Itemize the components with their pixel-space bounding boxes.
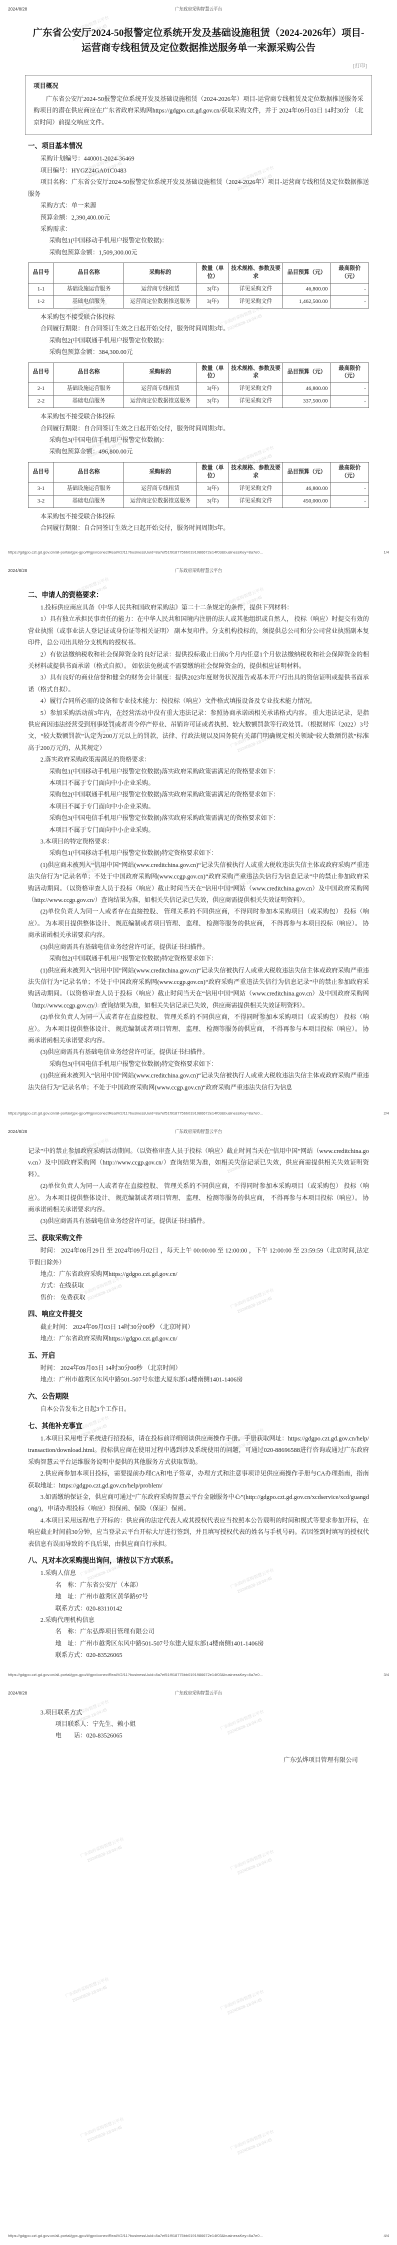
table-cell: - [331,495,369,507]
table-cell: 基础设施运营服务 [54,383,124,395]
table-cell: 详见采购文件 [229,296,283,308]
table-header-cell: 品目号 [28,263,53,283]
section-heading: 四、响应文件提交 [28,1308,369,1320]
paragraph: 项目编号：HYGZ24GA01C0483 [28,165,369,177]
print-date: 2024/8/28 [8,568,78,573]
paragraph: (3)供应商需具有基础电信业务经营许可证，提供证书扫描件。 [28,1047,369,1059]
table-cell: 3(年) [197,296,229,308]
paragraph: 采购包2(中国联通手机用户报警定位数据)特定资格要求如下： [28,953,369,965]
page-footer: https://gdgpo.czt.gd.gov.cn/all-portal/g… [8,1672,389,1677]
paragraph: 4.本项目采用远程电子开标的：供应商的法定代表人或其授权代表应当按照本公告载明的… [28,1515,369,1550]
qualification-section: 二、申请人的资格要求：1.投标供应商应具备《中华人民共和国政府采购法》第二十二条… [28,589,369,1094]
paragraph: 地点：广州市越秀区东风中路501-507号东建大厦东部14楼南侧1401-140… [28,1374,369,1386]
paragraph: 3）具有良好的商业信誉和健全的财务会计制度：提供2023年度财务状况报告或基本开… [28,672,369,695]
page-number: 2/4 [384,1111,389,1116]
table-row: 3-2基础电信服务运营商定位数据推送服务3(年)详见采购文件450,000.00… [28,495,369,507]
table-cell: 基础电信服务 [54,296,124,308]
table-header-cell: 最高限价（元） [331,263,369,283]
table-row: 品目号品目名称采购标的数量（单位）技术规格、参数及要求品目预算（元）最高限价（元… [28,263,369,283]
paragraph: 采购包1(中国移动手机用户报警定位数据)特定资格要求如下： [28,848,369,860]
page-header: 2024/8/28 广东政府采购智慧云平台 [8,6,389,12]
page-header: 2024/8/28 广东政府采购智慧云平台 [8,567,389,573]
page-content: 二、申请人的资格要求：1.投标供应商应具备《中华人民共和国政府采购法》第二十二条… [0,561,397,1093]
table-header-cell: 采购标的 [124,363,197,383]
overview-title: 项目概况 [34,81,364,93]
paragraph: 3.如需缴纳保证金，供应商可通过“广东政府采购智慧云平台金融服务中心”(http… [28,1491,369,1514]
table-header-cell: 品目名称 [54,263,124,283]
platform-name: 广东政府采购智慧云平台 [78,1690,319,1696]
table-cell: 运营商定位数据推送服务 [124,296,197,308]
table-header-cell: 品目号 [28,462,53,482]
table-cell: 详见采购文件 [229,283,283,295]
print-date: 2024/8/28 [8,7,78,12]
section-heading: 七、其他补充事宜 [28,1420,369,1432]
package2-items-table: 品目号品目名称采购标的数量（单位）技术规格、参数及要求品目预算（元）最高限价（元… [28,362,369,408]
paragraph: 2）有依法缴纳税收和社会保障资金的良好记录：提供投标截止日前6个月内任意1个月依… [28,649,369,672]
paragraph: 地点：广东省政府采购网https://gdgpo.czt.gd.gov.cn/ [28,1269,369,1281]
paragraph: 采购需求： [28,223,369,235]
paragraph: 2.落实政府采购政策需满足的资格要求： [28,754,369,766]
paragraph: 2.采购代理机构信息 [28,1615,369,1627]
watermark: 广东政府采购智慧云平台20240828-18:04:45 [229,1848,277,1878]
footer-url: https://gdgpo.czt.gd.gov.cn/all-portal/g… [8,1672,263,1677]
package3-notes: 本采购包不接受联合体投标合同履行期限：自合同签订生效之日起开始交付，服务时间周期… [28,511,369,534]
footer-url: https://gdgpo.czt.gd.gov.cn/all-portal/g… [8,1111,263,1116]
paragraph: 时间： 2024年08月29日 至 2024年09月02日 ，每天上午 00:0… [28,1245,369,1268]
table-cell: 基础设施运营服务 [54,483,124,495]
paragraph: 记录”中的禁止参加政府采购活动期间。（以资格审查人员于投标（响应）截止时间当天在… [28,1146,369,1181]
paragraph: 地 址：广州市越秀区东风中路501-507号东建大厦东部14楼南侧1401-14… [28,1638,369,1650]
paragraph: (1)供应商未被列入“信用中国”网站(www.creditchina.gov.c… [28,859,369,906]
announcement-title: 广东省公安厅2024-50报警定位系统开发及基础设施租赁（2024-2026年）… [31,26,366,56]
paragraph: 本采购包不接受联合体投标 [28,411,369,423]
watermark: 广东政府采购智慧云平台20240828-18:04:45 [229,2128,277,2158]
paragraph: 3.项目联系方式 [28,1707,369,1719]
page-header: 2024/8/28 广东政府采购智慧云平台 [8,1690,389,1696]
procedure-sections: 记录”中的禁止参加政府采购活动期间。（以资格审查人员于投标（响应）截止时间当天在… [28,1146,369,1662]
table-header-cell: 数量（单位） [197,363,229,383]
paragraph: 采购包1(中国移动手机用户报警定位数据)： [28,235,369,247]
table-cell: - [331,383,369,395]
table-row: 1-2基础电信服务运营商定位数据推送服务3(年)详见采购文件1,462,500.… [28,296,369,308]
paragraph: 采购包2(中国联通手机用户报警定位数据)： [28,335,369,347]
table-cell: 3(年) [197,483,229,495]
paragraph: 1.采购人信息 [28,1568,369,1580]
platform-name: 广东政府采购智慧云平台 [78,1129,319,1135]
print-date: 2024/8/28 [8,1690,78,1695]
print-button[interactable]: [打印] [353,64,367,70]
page: 2024/8/28 广东政府采购智慧云平台 广东省公安厅2024-50报警定位系… [0,0,397,561]
table-cell: 46,800.00 [283,283,331,295]
paragraph: 本项目不属于专门面向中小企业采购。 [28,824,369,836]
table-row: 2-1基础设施运营服务运营商专线租赁3(年)详见采购文件46,800.00- [28,383,369,395]
table-cell: - [331,283,369,295]
paragraph: 本项目不属于专门面向中小企业采购。 [28,778,369,790]
table-header-cell: 品目名称 [54,462,124,482]
paragraph: 本采购包不接受联合体投标 [28,311,369,323]
table-cell: 运营商定位数据推送服务 [124,495,197,507]
table-cell: - [331,395,369,407]
paragraph: 采购包预算金额：1,509,300.00元 [28,247,369,259]
paragraph: 采购包2(中国联通手机用户报警定位数据)落实政府采购政策需满足的资格要求如下： [28,789,369,801]
paragraph: 1）具有独立承担民事责任的能力：在中华人民共和国境内注册的法人或其他组织或自然人… [28,614,369,649]
table-header-cell: 技术规格、参数及要求 [229,263,283,283]
table-cell: 2-2 [28,395,53,407]
paragraph: (1)供应商未被列入“信用中国”网站(www.creditchina.gov.c… [28,1070,369,1093]
table-cell: 337,500.00 [283,395,331,407]
package3-items-table: 品目号品目名称采购标的数量（单位）技术规格、参数及要求品目预算（元）最高限价（元… [28,462,369,508]
paragraph: 4）履行合同所必需的设备和专业技术能力：按投标（响应）文件格式填报设备及专业技术… [28,696,369,708]
print-date: 2024/8/28 [8,1129,78,1134]
table-cell: 详见采购文件 [229,495,283,507]
table-cell: 46,800.00 [283,483,331,495]
paragraph: 项目名称：广东省公安厅2024-50报警定位系统开发及基础设施租赁（2024-2… [28,177,369,200]
table-cell: 运营商定位数据推送服务 [124,395,197,407]
paragraph: (2)单位负责人为同一人或者存在直接控股、 管理关系的不同供应商，不得同时参加本… [28,1181,369,1216]
paragraph: 自本公告发布之日起3个工作日。 [28,1404,369,1416]
page-content: 广东省公安厅2024-50报警定位系统开发及基础设施租赁（2024-2026年）… [0,0,397,534]
page: 2024/8/28 广东政府采购智慧云平台 二、申请人的资格要求：1.投标供应商… [0,561,397,1122]
paragraph: 采购包3(中国电信手机用户报警定位数据)特定资格要求如下： [28,1058,369,1070]
package2-intro: 本采购包不接受联合体投标合同履行期限：自合同签订生效之日起开始交付，服务时间周期… [28,311,369,358]
paragraph: (1)供应商未被列入“信用中国”网站(www.creditchina.gov.c… [28,965,369,1012]
watermark: 广东政府采购智慧云平台20240828-18:04:45 [79,2115,127,2145]
paragraph: 时间： 2024年09月03日 14时30分00秒 （北京时间） [28,1362,369,1374]
paragraph: 5）参加采购活动前3年内，在经营活动中没有重大违法记录：参照协商承诺函相关承诺格… [28,707,369,754]
watermark: 广东政府采购智慧云平台20240828-18:04:45 [64,1975,112,2005]
paragraph: 合同履行期限：自合同签订生效之日起开始交付，服务时间周期3年。 [28,523,369,535]
paragraph: 本项目不属于专门面向中小企业采购。 [28,801,369,813]
page-number: 1/4 [384,550,389,555]
page-number: 3/4 [384,1672,389,1677]
table-cell: 3-1 [28,483,53,495]
project-overview-box: 项目概况 广东省公安厅2024-50报警定位系统开发及基础设施租赁（2024-2… [25,75,372,135]
paragraph: 名 称：广东弘烨项目管理有限公司 [28,1626,369,1638]
table-cell: 46,800.00 [283,383,331,395]
paragraph: 采购包3(中国电信手机用户报警定位数据)落实政府采购政策需满足的资格要求如下： [28,813,369,825]
paragraph: 地点：广东省政府采购网https://gdgpo.czt.gd.gov.cn/ [28,1333,369,1345]
paragraph: 名 称：广东省公安厅（本部） [28,1579,369,1591]
page-content: 记录”中的禁止参加政府采购活动期间。（以资格审查人员于投标（响应）截止时间当天在… [0,1123,397,1662]
package1-items-table: 品目号品目名称采购标的数量（单位）技术规格、参数及要求品目预算（元）最高限价（元… [28,263,369,309]
table-cell: 运营商专线租赁 [124,383,197,395]
table-header-cell: 采购标的 [124,263,197,283]
paragraph: 截止时间： 2024年09月03日 14时30分00秒 （北京时间） [28,1321,369,1333]
table-cell: 详见采购文件 [229,483,283,495]
paragraph: 电 话：020-83526065 [28,1730,369,1742]
paragraph: 方式：在线获取 [28,1280,369,1292]
footer-url: https://gdgpo.czt.gd.gov.cn/all-portal/g… [8,2234,263,2239]
table-header-cell: 品目号 [28,363,53,383]
table-cell: 运营商专线租赁 [124,483,197,495]
print-preview-document: 2024/8/28 广东政府采购智慧云平台 广东省公安厅2024-50报警定位系… [0,0,397,2245]
paragraph: 联系方式：020-83110142 [28,1603,369,1615]
table-header-cell: 最高限价（元） [331,363,369,383]
table-cell: 1-2 [28,296,53,308]
table-cell: 3(年) [197,283,229,295]
section-heading: 五、开启 [28,1349,369,1361]
package3-intro: 本采购包不接受联合体投标合同履行期限：自合同签订生效之日起开始交付，服务时间周期… [28,411,369,458]
section-heading: 二、申请人的资格要求： [28,589,369,601]
table-cell: - [331,296,369,308]
paragraph: 合同履行期限：自合同签订生效之日起开始交付，服务时间周期3年。 [28,423,369,435]
page-number: 4/4 [384,2234,389,2239]
table-cell: 1,462,500.00 [283,296,331,308]
table-cell: 3(年) [197,395,229,407]
section-heading: 八、凡对本次采购提出询问，请按以下方式联系。 [28,1555,369,1567]
table-cell: 450,000.00 [283,495,331,507]
paragraph: 1.本项目采用电子系统进行招投标，请在投标前详细阅读供应商操作手册。手册获取网址… [28,1433,369,1468]
paragraph: 采购方式：单一来源 [28,200,369,212]
table-cell: 3(年) [197,495,229,507]
table-header-cell: 品目预算（元） [283,462,331,482]
watermark: 广东政府采购智慧云平台20240828-18:04:45 [79,1835,127,1865]
table-row: 3-1基础设施运营服务运营商专线租赁3(年)详见采购文件46,800.00- [28,483,369,495]
table-header-cell: 品目预算（元） [283,363,331,383]
section-heading: 三、获取采购文件 [28,1232,369,1244]
page: 2024/8/28 广东政府采购智慧云平台 记录”中的禁止参加政府采购活动期间。… [0,1123,397,1684]
table-row: 品目号品目名称采购标的数量（单位）技术规格、参数及要求品目预算（元）最高限价（元… [28,462,369,482]
platform-name: 广东政府采购智慧云平台 [78,567,319,573]
paragraph: 项目联系人：宁先生、赖小姐 [28,1718,369,1730]
page-content: 3.项目联系方式项目联系人：宁先生、赖小姐电 话：020-83526065 广东… [0,1684,397,1764]
page-footer: https://gdgpo.czt.gd.gov.cn/all-portal/g… [8,550,389,555]
paragraph: 2.供应商参加本项目投标，需要提前办理CA和电子签章，办理方式和注意事项详见供应… [28,1468,369,1491]
table-header-cell: 品目预算（元） [283,263,331,283]
table-cell: 2-1 [28,383,53,395]
table-header-cell: 品目名称 [54,363,124,383]
paragraph: 地 址：广州市越秀区黄华路97号 [28,1591,369,1603]
table-cell: 详见采购文件 [229,383,283,395]
paragraph: 采购包预算金额：384,300.00元 [28,347,369,359]
table-cell: 详见采购文件 [229,395,283,407]
table-header-cell: 技术规格、参数及要求 [229,462,283,482]
paragraph: (2)单位负责人为同一人或者存在直接控股、 管理关系的不同供应商，不得同时参加本… [28,906,369,941]
project-contact-section: 3.项目联系方式项目联系人：宁先生、赖小姐电 话：020-83526065 [28,1707,369,1742]
table-header-cell: 数量（单位） [197,462,229,482]
paragraph: (3)供应商需具有基础电信业务经营许可证，提供证书扫描件。 [28,941,369,953]
paragraph: 本采购包不接受联合体投标 [28,511,369,523]
table-cell: 1-1 [28,283,53,295]
paragraph: 1.投标供应商应具备《中华人民共和国政府采购法》第二十二条规定的条件，提供下列材… [28,602,369,614]
table-header-cell: 采购标的 [124,462,197,482]
table-header-cell: 技术规格、参数及要求 [229,363,283,383]
table-cell: 运营商专线租赁 [124,283,197,295]
overview-body: 广东省公安厅2024-50报警定位系统开发及基础设施租赁（2024-2026年）… [34,93,364,128]
table-row: 1-1基础设施运营服务运营商专线租赁3(年)详见采购文件46,800.00- [28,283,369,295]
paragraph: 采购包1(中国移动手机用户报警定位数据)落实政府采购政策需满足的资格要求如下： [28,766,369,778]
paragraph: 合同履行期限：自合同签订生效之日起开始交付，服务时间周期3年。 [28,323,369,335]
table-row: 2-2基础电信服务运营商定位数据推送服务3(年)详见采购文件337,500.00… [28,395,369,407]
table-cell: - [331,483,369,495]
table-header-cell: 最高限价（元） [331,462,369,482]
watermark: 广东政府采购智慧云平台20240828-18:04:45 [219,1988,267,2018]
footer-url: https://gdgpo.czt.gd.gov.cn/all-portal/g… [8,550,263,555]
section-heading: 六、公告期限 [28,1390,369,1402]
page: 2024/8/28 广东政府采购智慧云平台 3.项目联系方式项目联系人：宁先生、… [0,1684,397,2245]
section-heading: 一、项目基本情况 [28,140,369,152]
paragraph: 采购计划编号：440001-2024-36469 [28,153,369,165]
page-header: 2024/8/28 广东政府采购智慧云平台 [8,1129,389,1135]
page-footer: https://gdgpo.czt.gd.gov.cn/all-portal/g… [8,2234,389,2239]
paragraph: (3)供应商需具有基础电信业务经营许可证，提供证书扫描件。 [28,1216,369,1228]
table-row: 品目号品目名称采购标的数量（单位）技术规格、参数及要求品目预算（元）最高限价（元… [28,363,369,383]
paragraph: 预算金额：2,390,400.00元 [28,212,369,224]
table-cell: 3(年) [197,383,229,395]
table-header-cell: 数量（单位） [197,263,229,283]
paragraph: 售价： 免费获取 [28,1292,369,1304]
platform-name: 广东政府采购智慧云平台 [78,6,319,12]
table-cell: 3-2 [28,495,53,507]
paragraph: 联系方式：020-83526065 [28,1650,369,1662]
table-cell: 基础电信服务 [54,495,124,507]
table-cell: 基础设施运营服务 [54,283,124,295]
paragraph: 3.本项目的特定资格要求： [28,836,369,848]
basic-info-section: 一、项目基本情况采购计划编号：440001-2024-36469项目编号：HYG… [28,140,369,259]
agency-signature: 广东弘烨项目管理有限公司 [28,1755,369,1764]
paragraph: 采购包3(中国电信手机用户报警定位数据)： [28,435,369,447]
paragraph: (2)单位负责人为同一人或者存在直接控股、 管理关系的不同供应商，不得同时参加本… [28,1012,369,1047]
paragraph: 采购包预算金额：496,800.00元 [28,446,369,458]
table-cell: 基础电信服务 [54,395,124,407]
page-footer: https://gdgpo.czt.gd.gov.cn/all-portal/g… [8,1111,389,1116]
